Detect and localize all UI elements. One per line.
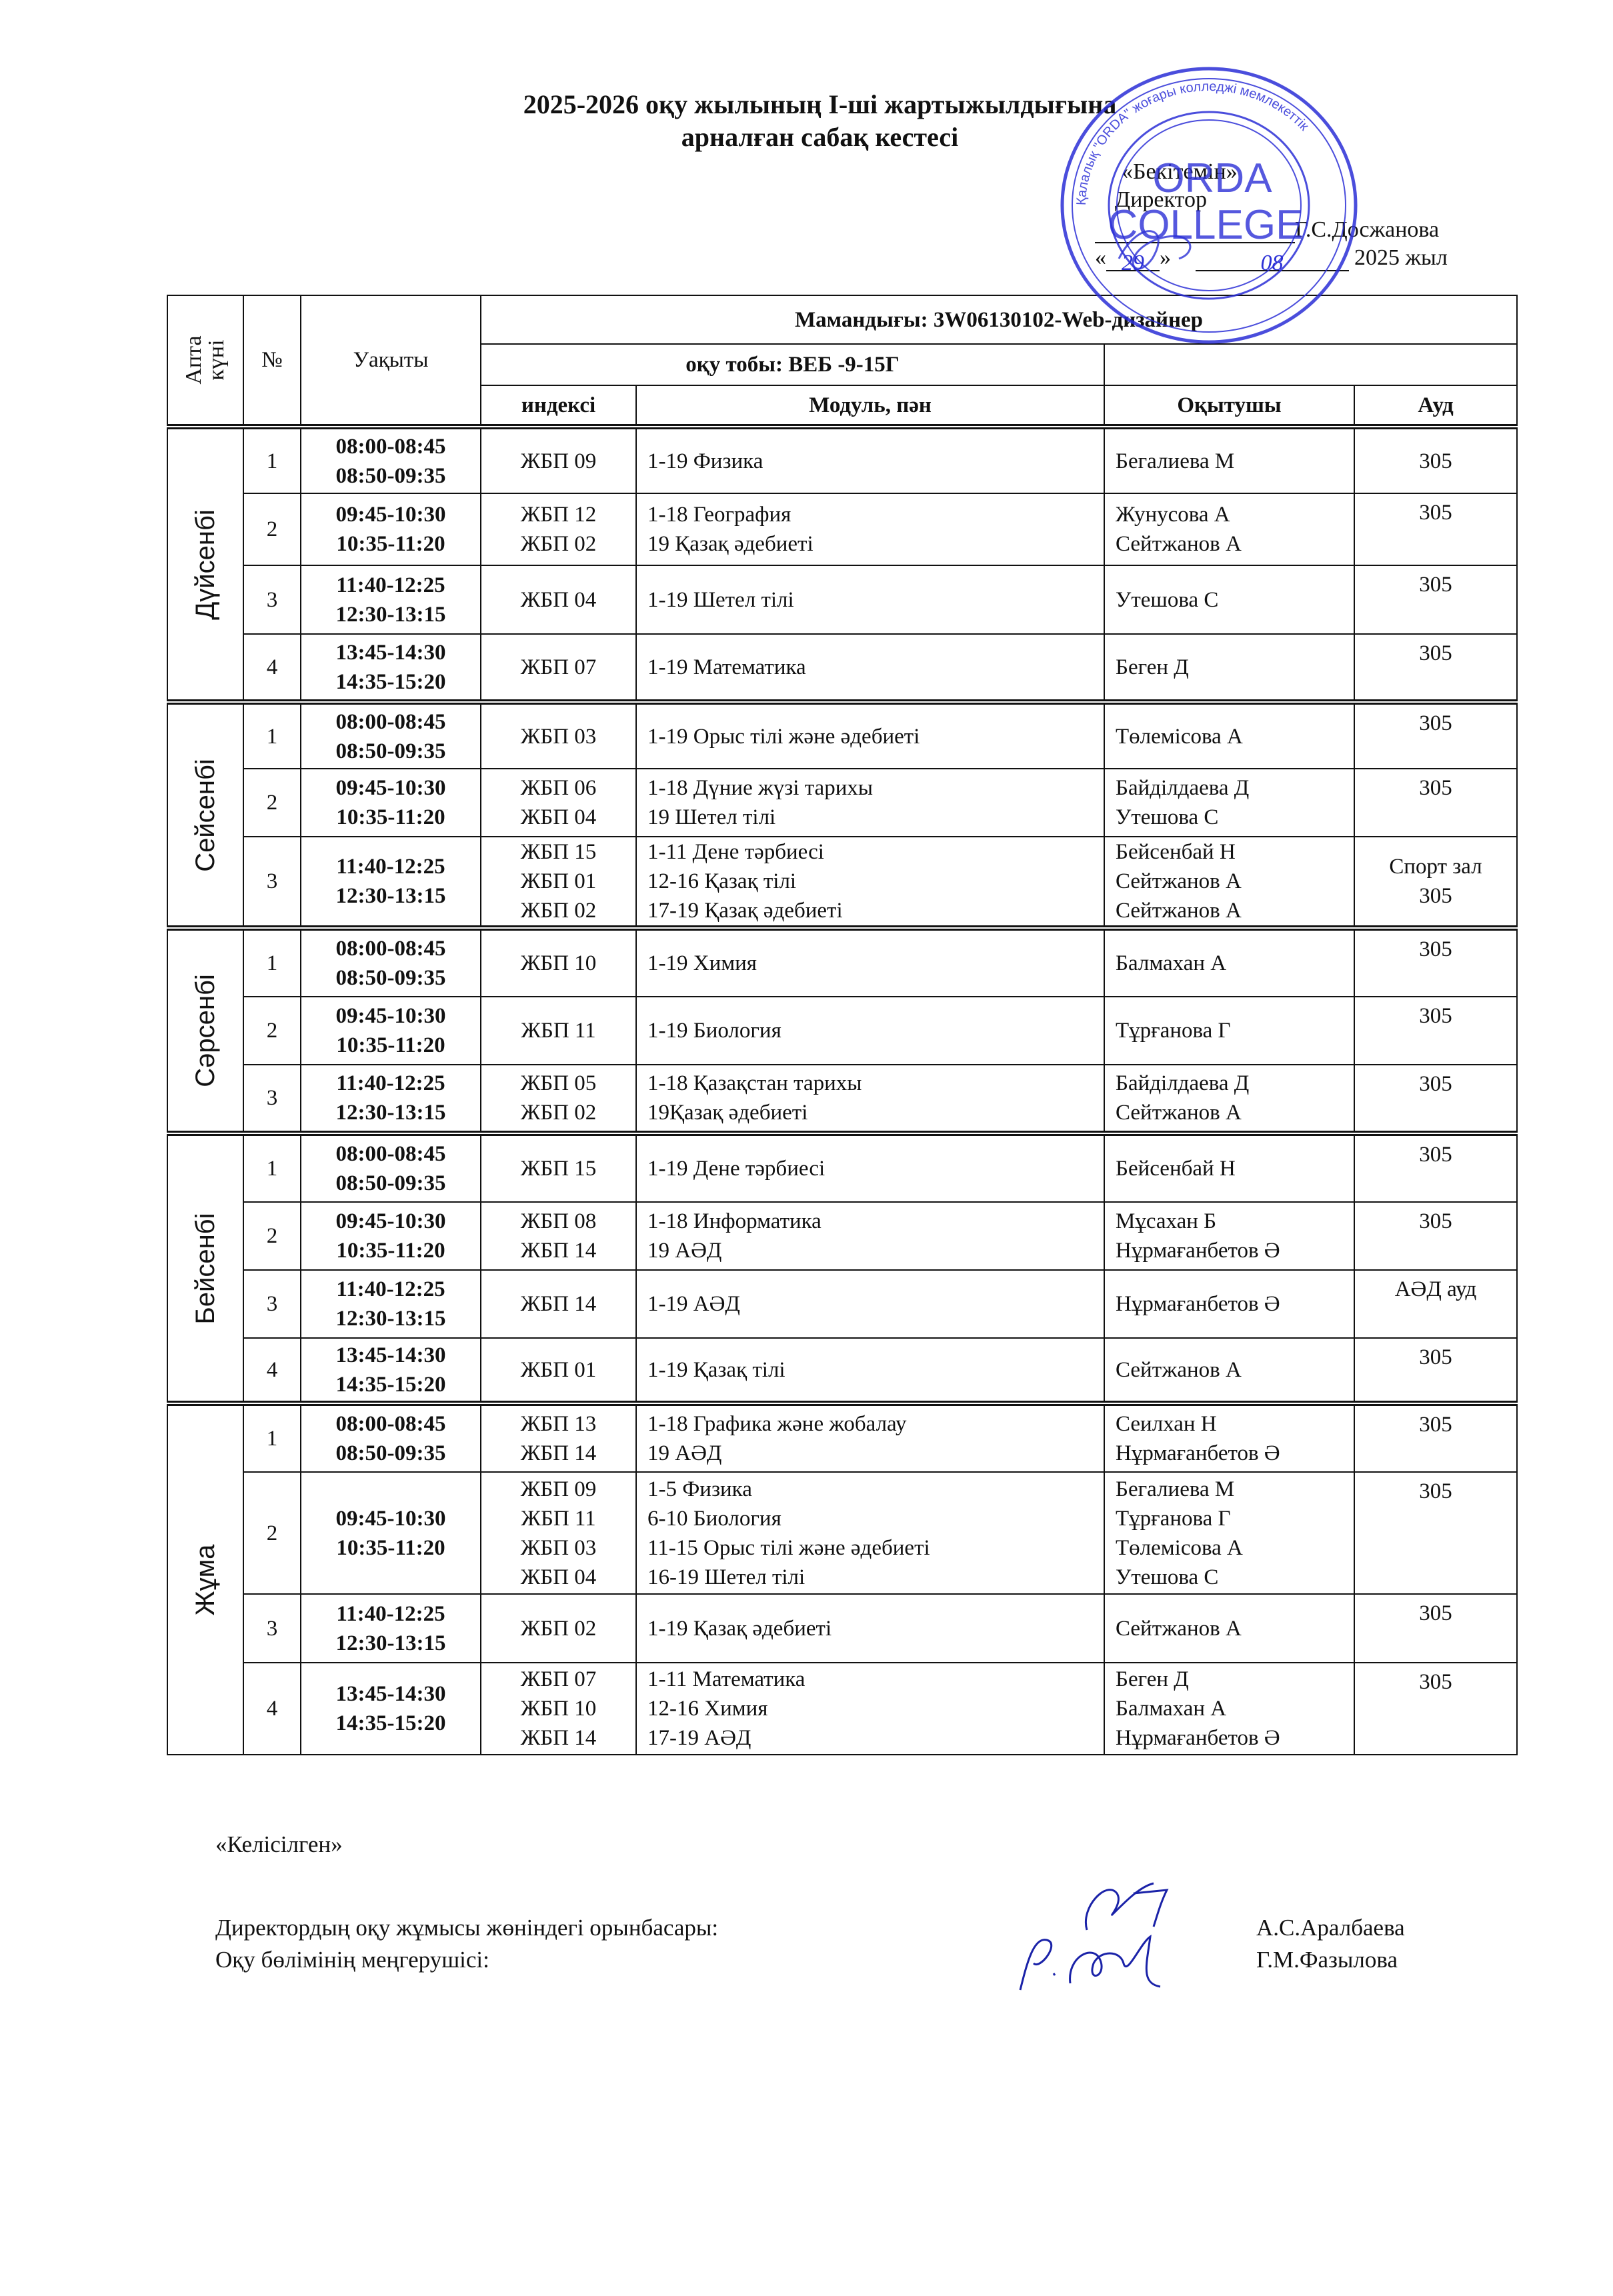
lesson-number: 1: [243, 928, 301, 997]
teacher: Жунусова АСейтжанов А: [1104, 493, 1354, 565]
module-name: 1-19 Шетел тілі: [647, 585, 1104, 615]
teacher-name: Беген Д: [1116, 1665, 1354, 1694]
module-name: 1-18 Дүние жүзі тарихы: [647, 773, 1104, 803]
approval-signature-line: Г.С.Досжанова: [1095, 217, 1439, 243]
module-subject: 1-19 Орыс тілі және әдебиеті: [636, 702, 1104, 769]
lesson-number: 1: [243, 1403, 301, 1472]
subject-index: ЖБП 12ЖБП 02: [481, 493, 636, 565]
room-number: 305: [1355, 570, 1516, 599]
module-name: 11-15 Орыс тілі және әдебиеті: [647, 1533, 1104, 1563]
lesson-number: 2: [243, 493, 301, 565]
module-name: 19 Қазақ әдебиеті: [647, 529, 1104, 559]
teacher-name: Байділдаева Д: [1116, 773, 1354, 803]
room: 305: [1354, 1065, 1517, 1133]
table-row: 209:45-10:3010:35-11:20ЖБП 111-19 Биолог…: [167, 997, 1517, 1065]
lesson-time: 09:45-10:3010:35-11:20: [301, 997, 481, 1065]
teacher-name: Балмахан А: [1116, 1694, 1354, 1723]
room: Спорт зал305: [1354, 837, 1517, 928]
day-name: Жұма: [191, 1545, 220, 1616]
teacher-name: Сейтжанов А: [1116, 1614, 1354, 1643]
deputy-name: А.С.Аралбаева: [1256, 1913, 1405, 1943]
room: 305: [1354, 565, 1517, 634]
teacher-name: Жунусова А: [1116, 500, 1354, 529]
room: 305: [1354, 702, 1517, 769]
module-name: 1-19 Орыс тілі және әдебиеті: [647, 722, 1104, 751]
room: 305: [1354, 493, 1517, 565]
head-role: Оқу бөлімінің меңгерушісі:: [215, 1945, 489, 1975]
lesson-time: 09:45-10:3010:35-11:20: [301, 769, 481, 837]
module-name: 1-19 Дене тәрбиесі: [647, 1154, 1104, 1183]
room-number: 305: [1355, 1667, 1516, 1697]
teacher: Бегалиева М: [1104, 427, 1354, 493]
teacher-name: Беген Д: [1116, 653, 1354, 682]
module-subject: 1-19 Шетел тілі: [636, 565, 1104, 634]
room: 305: [1354, 1202, 1517, 1270]
index-code: ЖБП 13: [481, 1409, 635, 1439]
room-number: 305: [1355, 773, 1516, 803]
header-time: Уақыты: [301, 295, 481, 427]
teacher-name: Нұрмағанбетов Ә: [1116, 1236, 1354, 1265]
teacher: Сейтжанов А: [1104, 1594, 1354, 1663]
header-room: Ауд: [1354, 385, 1517, 427]
teacher-name: Нұрмағанбетов Ә: [1116, 1289, 1354, 1319]
index-code: ЖБП 05: [481, 1069, 635, 1098]
time-range: 08:50-09:35: [301, 963, 480, 993]
teacher-name: Мұсахан Б: [1116, 1207, 1354, 1236]
teacher: Бейсенбай НСейтжанов АСейтжанов А: [1104, 837, 1354, 928]
schedule-table: Апта күні № Уақыты Мамандығы: 3W06130102…: [167, 295, 1518, 1755]
teacher-name: Төлемісова А: [1116, 722, 1354, 751]
teacher: Бейсенбай Н: [1104, 1133, 1354, 1202]
module-subject: 1-5 Физика6-10 Биология11-15 Орыс тілі ж…: [636, 1472, 1104, 1594]
room: 305: [1354, 928, 1517, 997]
teacher: Мұсахан БНұрмағанбетов Ә: [1104, 1202, 1354, 1270]
room: 305: [1354, 1133, 1517, 1202]
index-code: ЖБП 04: [481, 585, 635, 615]
teacher: Төлемісова А: [1104, 702, 1354, 769]
lesson-number: 2: [243, 1472, 301, 1594]
subject-index: ЖБП 07: [481, 634, 636, 702]
module-name: 6-10 Биология: [647, 1504, 1104, 1533]
lesson-time: 13:45-14:3014:35-15:20: [301, 1663, 481, 1755]
room: 305: [1354, 1338, 1517, 1403]
index-code: ЖБП 02: [481, 529, 635, 559]
module-name: 1-19 Қазақ тілі: [647, 1355, 1104, 1385]
index-code: ЖБП 01: [481, 867, 635, 896]
header-day-label: Апта күні: [183, 320, 228, 400]
teacher: Балмахан А: [1104, 928, 1354, 997]
lesson-time: 11:40-12:2512:30-13:15: [301, 565, 481, 634]
head-name: Г.М.Фазылова: [1256, 1945, 1398, 1975]
header-group: оқу тобы: ВЕБ -9-15Г: [481, 344, 1104, 385]
room-number: 305: [1355, 1140, 1516, 1169]
deputy-signature-icon: [1067, 1867, 1227, 1940]
day-cell: Жұма: [167, 1403, 243, 1755]
time-range: 10:35-11:20: [301, 1533, 480, 1563]
room: 305: [1354, 634, 1517, 702]
lesson-number: 1: [243, 1133, 301, 1202]
table-row: 209:45-10:3010:35-11:20ЖБП 06ЖБП 041-18 …: [167, 769, 1517, 837]
date-quote-open: «: [1095, 245, 1106, 270]
index-code: ЖБП 02: [481, 1614, 635, 1643]
time-range: 08:50-09:35: [301, 461, 480, 491]
time-range: 13:45-14:30: [301, 638, 480, 667]
module-name: 1-19 Биология: [647, 1016, 1104, 1045]
teacher-name: Бегалиева М: [1116, 447, 1354, 476]
index-code: ЖБП 09: [481, 447, 635, 476]
teacher-name: Утешова С: [1116, 585, 1354, 615]
index-code: ЖБП 11: [481, 1016, 635, 1045]
teacher-name: Сейтжанов А: [1116, 529, 1354, 559]
lesson-time: 08:00-08:4508:50-09:35: [301, 702, 481, 769]
module-subject: 1-19 Математика: [636, 634, 1104, 702]
index-code: ЖБП 03: [481, 1533, 635, 1563]
time-range: 09:45-10:30: [301, 1504, 480, 1533]
lesson-time: 08:00-08:4508:50-09:35: [301, 427, 481, 493]
module-subject: 1-19 Биология: [636, 997, 1104, 1065]
index-code: ЖБП 04: [481, 803, 635, 832]
subject-index: ЖБП 05ЖБП 02: [481, 1065, 636, 1133]
room: 305: [1354, 1472, 1517, 1594]
approval-label: «Бекітемін»: [1122, 159, 1238, 185]
teacher-name: Төлемісова А: [1116, 1533, 1354, 1563]
lesson-number: 3: [243, 837, 301, 928]
day-name: Бейсенбі: [191, 1213, 220, 1324]
table-row: Сәрсенбі108:00-08:4508:50-09:35ЖБП 101-1…: [167, 928, 1517, 997]
lesson-number: 3: [243, 565, 301, 634]
module-name: 19 АӘД: [647, 1439, 1104, 1468]
index-code: ЖБП 03: [481, 722, 635, 751]
time-range: 11:40-12:25: [301, 852, 480, 881]
module-name: 1-18 Қазақстан тарихы: [647, 1069, 1104, 1098]
index-code: ЖБП 15: [481, 837, 635, 867]
module-subject: 1-19 Физика: [636, 427, 1104, 493]
teacher-name: Сейтжанов А: [1116, 867, 1354, 896]
module-name: 17-19 АӘД: [647, 1723, 1104, 1753]
time-range: 08:50-09:35: [301, 737, 480, 766]
index-code: ЖБП 14: [481, 1289, 635, 1319]
index-code: ЖБП 08: [481, 1207, 635, 1236]
time-range: 10:35-11:20: [301, 803, 480, 832]
day-cell: Бейсенбі: [167, 1133, 243, 1403]
time-range: 11:40-12:25: [301, 571, 480, 600]
module-subject: 1-11 Математика12-16 Химия17-19 АӘД: [636, 1663, 1104, 1755]
date-year: 2025 жыл: [1354, 245, 1448, 270]
table-row: 311:40-12:2512:30-13:15ЖБП 15ЖБП 01ЖБП 0…: [167, 837, 1517, 928]
table-row: Бейсенбі108:00-08:4508:50-09:35ЖБП 151-1…: [167, 1133, 1517, 1202]
document-title-line1: 2025-2026 оқу жылының І-ші жартыжылдығын…: [0, 89, 1613, 121]
lesson-number: 3: [243, 1594, 301, 1663]
header-num: №: [243, 295, 301, 427]
room-number: 305: [1355, 709, 1516, 738]
index-code: ЖБП 14: [481, 1723, 635, 1753]
day-name: Сәрсенбі: [191, 974, 220, 1087]
module-subject: 1-19 Дене тәрбиесі: [636, 1133, 1104, 1202]
room-number: 305: [1355, 881, 1516, 911]
module-name: 19 Шетел тілі: [647, 803, 1104, 832]
table-row: 413:45-14:3014:35-15:20ЖБП 07ЖБП 10ЖБП 1…: [167, 1663, 1517, 1755]
time-range: 08:00-08:45: [301, 707, 480, 737]
teacher-name: Байділдаева Д: [1116, 1069, 1354, 1098]
header-specialty: Мамандығы: 3W06130102-Web-дизайнер: [481, 295, 1517, 344]
table-row: 209:45-10:3010:35-11:20ЖБП 08ЖБП 141-18 …: [167, 1202, 1517, 1270]
time-range: 11:40-12:25: [301, 1275, 480, 1304]
time-range: 13:45-14:30: [301, 1341, 480, 1370]
room-number: 305: [1355, 1069, 1516, 1099]
table-row: 311:40-12:2512:30-13:15ЖБП 021-19 Қазақ …: [167, 1594, 1517, 1663]
module-subject: 1-19 Қазақ әдебиеті: [636, 1594, 1104, 1663]
index-code: ЖБП 14: [481, 1439, 635, 1468]
index-code: ЖБП 07: [481, 653, 635, 682]
module-name: 17-19 Қазақ әдебиеті: [647, 896, 1104, 925]
lesson-number: 4: [243, 1338, 301, 1403]
module-name: 1-18 География: [647, 500, 1104, 529]
subject-index: ЖБП 01: [481, 1338, 636, 1403]
module-name: 12-16 Химия: [647, 1694, 1104, 1723]
time-range: 08:00-08:45: [301, 934, 480, 963]
room: 305: [1354, 997, 1517, 1065]
teacher-name: Бегалиева М: [1116, 1475, 1354, 1504]
teacher: Сеилхан ННұрмағанбетов Ә: [1104, 1403, 1354, 1472]
teacher-name: Сейтжанов А: [1116, 1355, 1354, 1385]
lesson-time: 09:45-10:3010:35-11:20: [301, 1202, 481, 1270]
module-subject: 1-18 География19 Қазақ әдебиеті: [636, 493, 1104, 565]
index-code: ЖБП 06: [481, 773, 635, 803]
lesson-time: 08:00-08:4508:50-09:35: [301, 928, 481, 997]
date-quote-close: »: [1160, 245, 1171, 270]
header-group-empty: [1104, 344, 1517, 385]
time-range: 09:45-10:30: [301, 1207, 480, 1236]
room-number: 305: [1355, 1599, 1516, 1628]
module-name: 1-19 Қазақ әдебиеті: [647, 1614, 1104, 1643]
lesson-number: 3: [243, 1270, 301, 1338]
room-number: 305: [1355, 447, 1516, 476]
room: 305: [1354, 427, 1517, 493]
agreed-label: «Келісілген»: [215, 1830, 343, 1859]
teacher-name: Сеилхан Н: [1116, 1409, 1354, 1439]
table-row: 311:40-12:2512:30-13:15ЖБП 141-19 АӘДНұр…: [167, 1270, 1517, 1338]
lesson-time: 11:40-12:2512:30-13:15: [301, 1065, 481, 1133]
lesson-number: 4: [243, 1663, 301, 1755]
lesson-number: 2: [243, 997, 301, 1065]
room-number: 305: [1355, 498, 1516, 527]
time-range: 14:35-15:20: [301, 667, 480, 697]
room: АӘД ауд: [1354, 1270, 1517, 1338]
time-range: 10:35-11:20: [301, 1236, 480, 1265]
index-code: ЖБП 12: [481, 500, 635, 529]
teacher: Беген Д: [1104, 634, 1354, 702]
day-cell: Сәрсенбі: [167, 928, 243, 1133]
room-number: АӘД ауд: [1355, 1275, 1516, 1304]
subject-index: ЖБП 08ЖБП 14: [481, 1202, 636, 1270]
header-index: индексі: [481, 385, 636, 427]
module-name: 1-11 Дене тәрбиесі: [647, 837, 1104, 867]
document-title-line2: арналған сабақ кестесі: [0, 121, 1613, 153]
room-number: Спорт зал: [1355, 852, 1516, 881]
approval-role: Директор: [1115, 187, 1207, 213]
table-row: 311:40-12:2512:30-13:15ЖБП 041-19 Шетел …: [167, 565, 1517, 634]
time-range: 08:50-09:35: [301, 1169, 480, 1198]
table-row: 209:45-10:3010:35-11:20ЖБП 12ЖБП 021-18 …: [167, 493, 1517, 565]
table-row: 209:45-10:3010:35-11:20ЖБП 09ЖБП 11ЖБП 0…: [167, 1472, 1517, 1594]
room: 305: [1354, 769, 1517, 837]
time-range: 10:35-11:20: [301, 1031, 480, 1060]
time-range: 08:00-08:45: [301, 432, 480, 461]
header-teacher: Оқытушы: [1104, 385, 1354, 427]
subject-index: ЖБП 11: [481, 997, 636, 1065]
time-range: 12:30-13:15: [301, 600, 480, 629]
index-code: ЖБП 14: [481, 1236, 635, 1265]
lesson-number: 2: [243, 769, 301, 837]
table-row: Жұма108:00-08:4508:50-09:35ЖБП 13ЖБП 141…: [167, 1403, 1517, 1472]
lesson-time: 08:00-08:4508:50-09:35: [301, 1403, 481, 1472]
module-name: 16-19 Шетел тілі: [647, 1563, 1104, 1592]
lesson-time: 11:40-12:2512:30-13:15: [301, 1594, 481, 1663]
module-name: 1-19 Физика: [647, 447, 1104, 476]
time-range: 08:50-09:35: [301, 1439, 480, 1468]
module-name: 1-18 Информатика: [647, 1207, 1104, 1236]
signature-blank: [1095, 222, 1295, 243]
index-code: ЖБП 10: [481, 949, 635, 978]
teacher: Нұрмағанбетов Ә: [1104, 1270, 1354, 1338]
room-number: 305: [1355, 935, 1516, 964]
teacher: Тұрғанова Г: [1104, 997, 1354, 1065]
table-row: 413:45-14:3014:35-15:20ЖБП 071-19 Матема…: [167, 634, 1517, 702]
time-range: 08:00-08:45: [301, 1139, 480, 1169]
lesson-number: 4: [243, 634, 301, 702]
subject-index: ЖБП 06ЖБП 04: [481, 769, 636, 837]
index-code: ЖБП 10: [481, 1694, 635, 1723]
teacher-name: Тұрғанова Г: [1116, 1016, 1354, 1045]
time-range: 11:40-12:25: [301, 1069, 480, 1098]
teacher-name: Сейтжанов А: [1116, 1098, 1354, 1127]
header-day: Апта күні: [167, 295, 243, 427]
lesson-time: 09:45-10:3010:35-11:20: [301, 1472, 481, 1594]
date-month: 08: [1196, 250, 1349, 271]
subject-index: ЖБП 07ЖБП 10ЖБП 14: [481, 1663, 636, 1755]
subject-index: ЖБП 15: [481, 1133, 636, 1202]
room: 305: [1354, 1594, 1517, 1663]
teacher-name: Нұрмағанбетов Ә: [1116, 1723, 1354, 1753]
module-name: 19Қазақ әдебиеті: [647, 1098, 1104, 1127]
module-subject: 1-11 Дене тәрбиесі12-16 Қазақ тілі17-19 …: [636, 837, 1104, 928]
lesson-time: 11:40-12:2512:30-13:15: [301, 837, 481, 928]
index-code: ЖБП 09: [481, 1475, 635, 1504]
subject-index: ЖБП 15ЖБП 01ЖБП 02: [481, 837, 636, 928]
room-number: 305: [1355, 1001, 1516, 1031]
teacher: Байділдаева ДСейтжанов А: [1104, 1065, 1354, 1133]
lesson-time: 09:45-10:3010:35-11:20: [301, 493, 481, 565]
subject-index: ЖБП 13ЖБП 14: [481, 1403, 636, 1472]
deputy-role: Директордың оқу жұмысы жөніндегі орынбас…: [215, 1913, 718, 1943]
teacher-name: Балмахан А: [1116, 949, 1354, 978]
lesson-number: 2: [243, 1202, 301, 1270]
teacher: Беген ДБалмахан АНұрмағанбетов Ә: [1104, 1663, 1354, 1755]
lesson-number: 1: [243, 702, 301, 769]
table-row: 311:40-12:2512:30-13:15ЖБП 05ЖБП 021-18 …: [167, 1065, 1517, 1133]
module-subject: 1-19 Химия: [636, 928, 1104, 997]
head-signature-icon: [1007, 1923, 1194, 1997]
module-subject: 1-18 Дүние жүзі тарихы19 Шетел тілі: [636, 769, 1104, 837]
time-range: 09:45-10:30: [301, 773, 480, 803]
date-day: 29: [1106, 250, 1160, 271]
lesson-number: 3: [243, 1065, 301, 1133]
time-range: 12:30-13:15: [301, 881, 480, 911]
subject-index: ЖБП 09: [481, 427, 636, 493]
index-code: ЖБП 15: [481, 1154, 635, 1183]
room: 305: [1354, 1403, 1517, 1472]
room-number: 305: [1355, 1343, 1516, 1372]
module-name: 1-19 Химия: [647, 949, 1104, 978]
teacher-name: Бейсенбай Н: [1116, 1154, 1354, 1183]
table-row: Сейсенбі108:00-08:4508:50-09:35ЖБП 031-1…: [167, 702, 1517, 769]
time-range: 12:30-13:15: [301, 1098, 480, 1127]
lesson-time: 13:45-14:3014:35-15:20: [301, 634, 481, 702]
subject-index: ЖБП 04: [481, 565, 636, 634]
subject-index: ЖБП 09ЖБП 11ЖБП 03ЖБП 04: [481, 1472, 636, 1594]
index-code: ЖБП 02: [481, 896, 635, 925]
teacher: Байділдаева ДУтешова С: [1104, 769, 1354, 837]
teacher-name: Бейсенбай Н: [1116, 837, 1354, 867]
day-cell: Дүйсенбі: [167, 427, 243, 702]
subject-index: ЖБП 03: [481, 702, 636, 769]
teacher-name: Утешова С: [1116, 1563, 1354, 1592]
module-name: 1-19 АӘД: [647, 1289, 1104, 1319]
subject-index: ЖБП 10: [481, 928, 636, 997]
module-name: 1-11 Математика: [647, 1665, 1104, 1694]
day-name: Дүйсенбі: [191, 509, 220, 620]
teacher: Бегалиева МТұрғанова ГТөлемісова АУтешов…: [1104, 1472, 1354, 1594]
room-number: 305: [1355, 1477, 1516, 1506]
time-range: 14:35-15:20: [301, 1709, 480, 1738]
index-code: ЖБП 01: [481, 1355, 635, 1385]
table-row: 413:45-14:3014:35-15:20ЖБП 011-19 Қазақ …: [167, 1338, 1517, 1403]
module-name: 19 АӘД: [647, 1236, 1104, 1265]
time-range: 12:30-13:15: [301, 1629, 480, 1658]
approval-date: «29» 08 2025 жыл: [1095, 245, 1448, 271]
lesson-time: 08:00-08:4508:50-09:35: [301, 1133, 481, 1202]
subject-index: ЖБП 14: [481, 1270, 636, 1338]
teacher-name: Нұрмағанбетов Ә: [1116, 1439, 1354, 1468]
time-range: 08:00-08:45: [301, 1409, 480, 1439]
time-range: 10:35-11:20: [301, 529, 480, 559]
room-number: 305: [1355, 639, 1516, 668]
approval-director-name: Г.С.Досжанова: [1295, 217, 1439, 242]
index-code: ЖБП 02: [481, 1098, 635, 1127]
teacher: Утешова С: [1104, 565, 1354, 634]
module-subject: 1-18 Қазақстан тарихы19Қазақ әдебиеті: [636, 1065, 1104, 1133]
header-module: Модуль, пән: [636, 385, 1104, 427]
time-range: 09:45-10:30: [301, 1001, 480, 1031]
time-range: 11:40-12:25: [301, 1599, 480, 1629]
lesson-time: 11:40-12:2512:30-13:15: [301, 1270, 481, 1338]
teacher-name: Утешова С: [1116, 803, 1354, 832]
day-cell: Сейсенбі: [167, 702, 243, 928]
module-name: 1-18 Графика және жобалау: [647, 1409, 1104, 1439]
lesson-number: 1: [243, 427, 301, 493]
table-row: Дүйсенбі108:00-08:4508:50-09:35ЖБП 091-1…: [167, 427, 1517, 493]
index-code: ЖБП 11: [481, 1504, 635, 1533]
lesson-time: 13:45-14:3014:35-15:20: [301, 1338, 481, 1403]
teacher-name: Тұрғанова Г: [1116, 1504, 1354, 1533]
module-name: 12-16 Қазақ тілі: [647, 867, 1104, 896]
module-name: 1-19 Математика: [647, 653, 1104, 682]
teacher: Сейтжанов А: [1104, 1338, 1354, 1403]
module-subject: 1-19 АӘД: [636, 1270, 1104, 1338]
time-range: 14:35-15:20: [301, 1370, 480, 1399]
time-range: 12:30-13:15: [301, 1304, 480, 1333]
time-range: 13:45-14:30: [301, 1679, 480, 1709]
